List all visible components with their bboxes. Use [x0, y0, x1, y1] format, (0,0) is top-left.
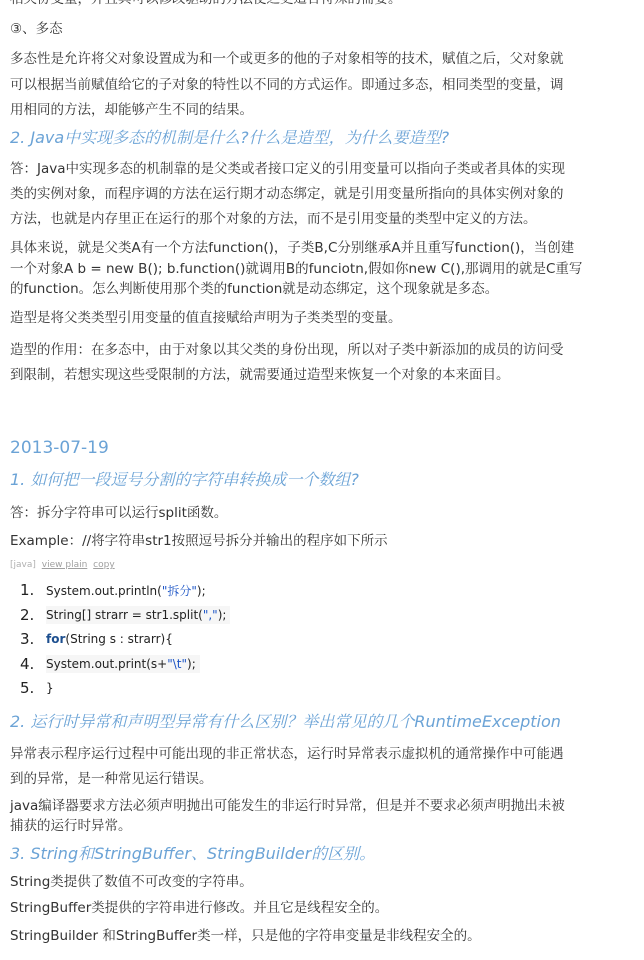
code-text: for(String s : strarr){ [46, 630, 177, 648]
example-d-q1: Example：//将字符串str1按照逗号拆分并输出的程序如下所示 [10, 528, 388, 554]
line-number: 5. [10, 679, 46, 697]
paragraph-polymorphism-3: 用相同的方法，却能够产生不同的结果。 [10, 97, 253, 123]
section-polymorphism-label: ③、多态 [10, 16, 63, 42]
heading-d-q2: 2. 运行时异常和声明型异常有什么区别？举出常见的几个RuntimeExcept… [10, 710, 561, 734]
heading-d-q1: 1. 如何把一段逗号分割的字符串转换成一个数组? [10, 468, 359, 492]
line-number: 2. [10, 606, 46, 624]
code-text: System.out.println("拆分"); [46, 580, 210, 601]
answer-d-q2-line-1: 异常表示程序运行过程中可能出现的非正常状态，运行时异常表示虚拟机的通常操作中可能… [10, 741, 564, 767]
string-line: String类提供了数值不可改变的字符串。 [10, 869, 253, 895]
code-line: 3. for(String s : strarr){ [10, 627, 230, 652]
example-q2-line-1: 具体来说，就是父类A有一个方法function()，子类B,C分别继承A并且重写… [10, 238, 574, 259]
answer-d-q1: 答：拆分字符串可以运行split函数。 [10, 500, 227, 526]
code-block: 1. System.out.println("拆分"); 2. String[]… [10, 578, 230, 701]
code-language-label: [java] [10, 560, 36, 570]
cut-off-line: 相关协变量，并且其可以修改驱动的方法使之更适合特殊的需要。 [10, 0, 402, 12]
answer-d-q2-line-2: 到的异常，是一种常见运行错误。 [10, 766, 213, 792]
java-compiler-line-1: java编译器要求方法必须声明抛出可能发生的非运行时异常，但是并不要求必须声明抛… [10, 796, 565, 817]
stringbuilder-line: StringBuilder 和StringBuffer类一样，只是他的字符串变量… [10, 923, 481, 949]
cast-definition: 造型是将父类类型引用变量的值直接赋给声明为子类类型的变量。 [10, 305, 402, 331]
cast-purpose-line-2: 到限制，若想实现这些受限制的方法，就需要通过造型来恢复一个对象的本来面目。 [10, 362, 510, 388]
heading-q2-polymorphism: 2. Java中实现多态的机制是什么?什么是造型，为什么要造型? [10, 126, 449, 150]
heading-d-q3: 3. String和StringBuffer、StringBuilder的区别。 [10, 842, 375, 866]
code-line: 2. String[] strarr = str1.split(","); [10, 603, 230, 628]
java-compiler-line-2: 捕获的运行时异常。 [10, 816, 132, 837]
line-number: 3. [10, 630, 46, 648]
view-plain-link[interactable]: view plain [42, 560, 88, 570]
example-q2-line-3: 的function。怎么判断使用那个类的function就是动态绑定，这个现象就… [10, 279, 498, 300]
example-q2-line-2: 一个对象A b = new B(); b.function()就调用B的func… [10, 259, 582, 280]
code-text: System.out.print(s+"\t"); [46, 655, 200, 673]
line-number: 1. [10, 581, 46, 599]
copy-link[interactable]: copy [93, 560, 115, 570]
code-text: } [46, 679, 58, 697]
answer-q2-line-2: 类的实例对象，而程序调的方法在运行期才动态绑定，就是引用变量所指向的具体实例对象… [10, 181, 564, 207]
answer-q2-line-3: 方法，也就是内存里正在运行的那个对象的方法，而不是引用变量的类型中定义的方法。 [10, 206, 537, 232]
line-number: 4. [10, 655, 46, 673]
code-text: String[] strarr = str1.split(","); [46, 606, 230, 624]
paragraph-polymorphism-1: 多态性是允许将父对象设置成为和一个或更多的他的子对象相等的技术，赋值之后，父对象… [10, 46, 564, 72]
code-line: 5. } [10, 676, 230, 701]
cast-purpose-line-1: 造型的作用：在多态中，由于对象以其父类的身份出现，所以对子类中新添加的成员的访问… [10, 337, 564, 363]
code-line: 4. System.out.print(s+"\t"); [10, 652, 230, 677]
stringbuffer-line: StringBuffer类提供的字符串进行修改。并且它是线程安全的。 [10, 895, 388, 921]
code-toolbar: [java] view plain copy [10, 559, 115, 571]
answer-q2-line-1: 答：Java中实现多态的机制靠的是父类或者接口定义的引用变量可以指向子类或者具体… [10, 156, 565, 182]
paragraph-polymorphism-2: 可以根据当前赋值给它的子对象的特性以不同的方式运作。即通过多态，相同类型的变量，… [10, 72, 564, 98]
date-heading: 2013-07-19 [10, 436, 109, 460]
code-line: 1. System.out.println("拆分"); [10, 578, 230, 603]
